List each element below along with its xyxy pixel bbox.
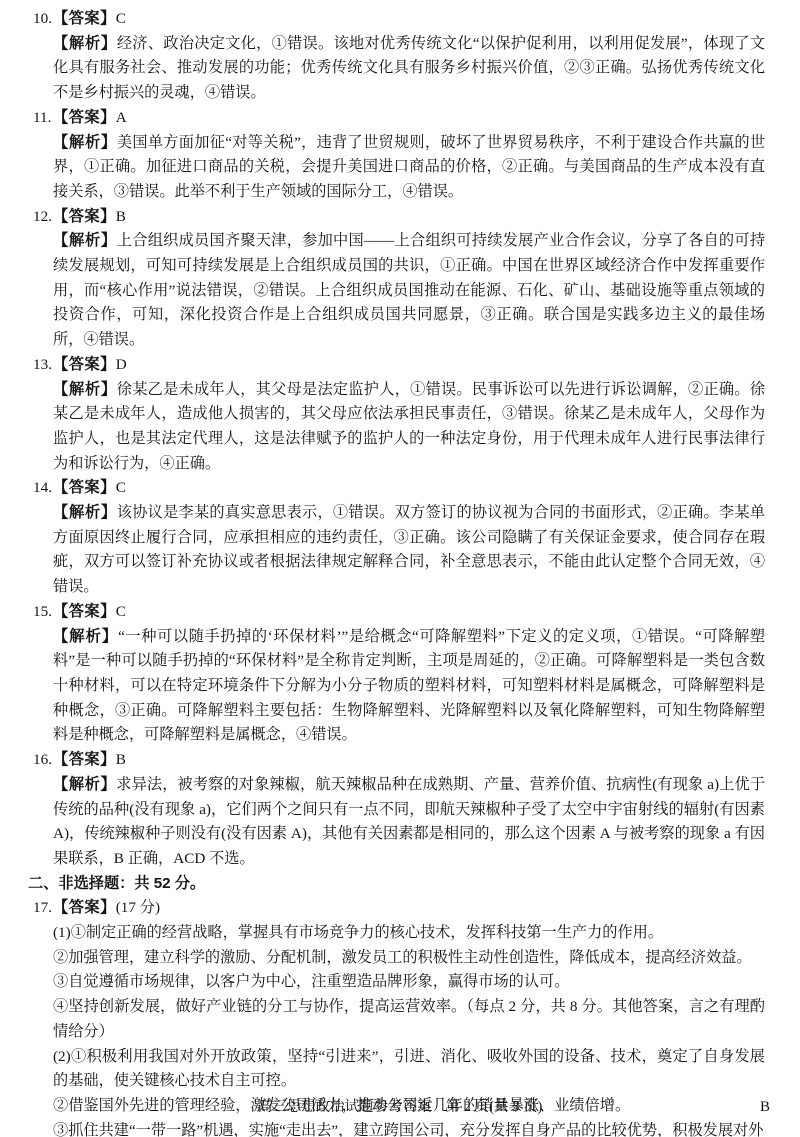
analysis-text: 该协议是李某的真实意思表示，①错误。双方签订的协议视为合同的书面形式，②正确。李… [53,504,765,595]
answer-value: B [116,751,126,768]
answer-point-line: ③抓住共建“一带一路”机遇，实施“走出去”，建立跨国公司，充分发挥自身产品的比较… [53,1119,765,1137]
answer-score: (17 分) [116,899,160,916]
question-number: 11. [33,106,53,131]
analysis-label: 【解析】 [53,628,118,645]
page-footer: 高三思想政治试题参考答案第 2 页(共 3 页) B [0,1096,800,1118]
answers-content: 10.【答案】C 【解析】经济、政治决定文化，①错误。该地对优秀传统文化“以保护… [0,0,800,1137]
analysis-label: 【解析】 [53,504,117,521]
answer-point-line: (1)①制定正确的经营战略，掌握具有市场竞争力的核心技术，发挥科技第一生产力的作… [53,921,765,946]
analysis-label: 【解析】 [53,776,116,793]
question-number: 14. [33,476,53,501]
answer-point-line: ②加强管理，建立科学的激励、分配机制，激发员工的积极性主动性创造性，降低成本，提… [53,946,765,971]
answer-label: 【答案】 [53,109,116,126]
analysis-paragraph: 【解析】经济、政治决定文化，①错误。该地对优秀传统文化“以保护促利用，以利用促发… [53,32,765,106]
question-number: 17. [33,896,53,921]
answer-value: A [116,109,127,126]
analysis-paragraph: 【解析】“一种可以随手扔掉的‘环保材料’”是给概念“可降解塑料”下定义的定义项，… [53,625,765,749]
answer-label: 【答案】 [53,10,116,27]
qa-item-10: 10.【答案】C 【解析】经济、政治决定文化，①错误。该地对优秀传统文化“以保护… [0,7,800,106]
analysis-paragraph: 【解析】该协议是李某的真实意思表示，①错误。双方签订的协议视为合同的书面形式，②… [53,501,765,600]
answer-value: D [116,356,127,373]
footer-version-label: B [760,1096,770,1118]
answer-label: 【答案】 [53,899,116,916]
analysis-text: 徐某乙是未成年人，其父母是法定监护人，①错误。民事诉讼可以先进行诉讼调解，②正确… [53,381,765,472]
question-number: 13. [33,353,53,378]
footer-title: 高三思想政治试题参考答案 [258,1099,432,1115]
analysis-text: 经济、政治决定文化，①错误。该地对优秀传统文化“以保护促利用，以利用促发展”，体… [53,35,765,101]
qa-item-12: 12.【答案】B 【解析】上合组织成员国齐聚天津，参加中国——上合组织可持续发展… [0,205,800,353]
document-page: 10.【答案】C 【解析】经济、政治决定文化，①错误。该地对优秀传统文化“以保护… [0,0,800,1137]
analysis-label: 【解析】 [53,134,117,151]
analysis-text: 上合组织成员国齐聚天津，参加中国——上合组织可持续发展产业合作会议，分享了各自的… [53,232,765,348]
question-number: 12. [33,205,53,230]
analysis-text: “一种可以随手扔掉的‘环保材料’”是给概念“可降解塑料”下定义的定义项，①错误。… [53,628,765,744]
answer-value: B [116,208,126,225]
analysis-paragraph: 【解析】美国单方面加征“对等关税”，违背了世贸规则，破坏了世界贸易秩序，不利于建… [53,131,765,205]
answer-label: 【答案】 [53,479,116,496]
analysis-text: 求异法，被考察的对象辣椒，航天辣椒品种在成熟期、产量、营养价值、抗病性(有现象 … [53,776,765,867]
question-number: 15. [33,600,53,625]
qa-item-14: 14.【答案】C 【解析】该协议是李某的真实意思表示，①错误。双方签订的协议视为… [0,476,800,600]
analysis-text: 美国单方面加征“对等关税”，违背了世贸规则，破坏了世界贸易秩序，不利于建设合作共… [53,134,765,200]
analysis-paragraph: 【解析】求异法，被考察的对象辣椒，航天辣椒品种在成熟期、产量、营养价值、抗病性(… [53,773,765,872]
analysis-label: 【解析】 [53,35,117,52]
answer-value: C [116,10,126,27]
answer-point-line: ④坚持创新发展，做好产业链的分工与协作，提高运营效率。（每点 2 分，共 8 分… [53,995,765,1044]
answer-label: 【答案】 [53,356,116,373]
qa-item-16: 16.【答案】B 【解析】求异法，被考察的对象辣椒，航天辣椒品种在成熟期、产量、… [0,748,800,872]
answer-point-line: (2)①积极利用我国对外开放政策，坚持“引进来”，引进、消化、吸收外国的设备、技… [53,1045,765,1094]
analysis-paragraph: 【解析】徐某乙是未成年人，其父母是法定监护人，①错误。民事诉讼可以先进行诉讼调解… [53,378,765,477]
qa-item-13: 13.【答案】D 【解析】徐某乙是未成年人，其父母是法定监护人，①错误。民事诉讼… [0,353,800,477]
answer-label: 【答案】 [53,208,116,225]
analysis-label: 【解析】 [53,232,117,249]
analysis-paragraph: 【解析】上合组织成员国齐聚天津，参加中国——上合组织可持续发展产业合作会议，分享… [53,229,765,353]
question-number: 16. [33,748,53,773]
answer-point-line: ③自觉遵循市场规律，以客户为中心，注重塑造品牌形象，赢得市场的认可。 [53,970,765,995]
qa-item-15: 15.【答案】C 【解析】“一种可以随手扔掉的‘环保材料’”是给概念“可降解塑料… [0,600,800,748]
answer-label: 【答案】 [53,751,116,768]
answer-label: 【答案】 [53,603,116,620]
answer-value: C [116,603,126,620]
question-number: 10. [33,7,53,32]
analysis-label: 【解析】 [53,381,117,398]
answer-value: C [116,479,126,496]
footer-page-number: 第 2 页(共 3 页) [446,1099,543,1115]
section-heading: 二、非选择题：共 52 分。 [0,872,800,897]
qa-item-11: 11.【答案】A 【解析】美国单方面加征“对等关税”，违背了世贸规则，破坏了世界… [0,106,800,205]
